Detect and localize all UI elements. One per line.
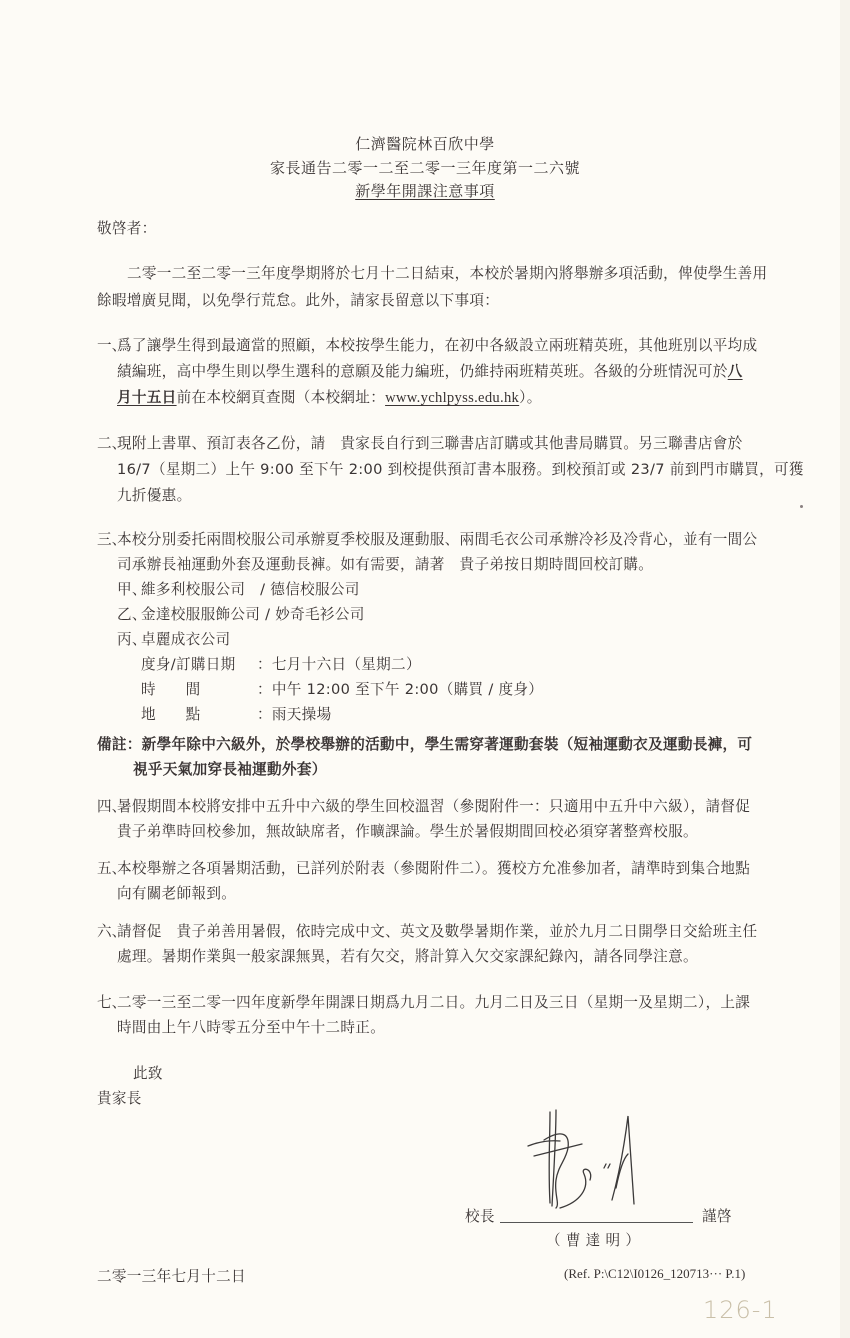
title-text: 新學年開課注意事項 bbox=[355, 182, 495, 200]
supplier-a: 甲、維多利校服公司 / 德信校服公司 bbox=[117, 578, 360, 599]
notice-page: 仁濟醫院林百欣中學 家長通告二零一二至二零一三年度第一二六號 新學年開課注意事項… bbox=[0, 0, 850, 1338]
principal-signature-icon bbox=[520, 1108, 660, 1218]
scan-mark bbox=[800, 505, 803, 508]
item-5-line-2: 向有關老師報到。 bbox=[117, 882, 236, 903]
schedule-date: 度身/訂購日期：七月十六日（星期二） bbox=[141, 653, 421, 674]
closing-recipient: 貴家長 bbox=[97, 1087, 142, 1108]
item-6-line-1: 請督促 貴子弟善用暑假，依時完成中文、英文及數學暑期作業，並於九月二日開學日交給… bbox=[117, 920, 757, 941]
schedule-date-value: ：七月十六日（星期二） bbox=[257, 656, 421, 673]
notice-date: 二零一三年七月十二日 bbox=[97, 1265, 246, 1286]
item-3-line-1: 本校分別委托兩間校服公司承辦夏季校服及運動服、兩間毛衣公司承辦冷衫及冷背心，並有… bbox=[117, 528, 757, 549]
schedule-time: 時 間：中午 12:00 至下午 2:00（購買 / 度身） bbox=[141, 678, 543, 699]
principal-name: （ 曹 達 明 ） bbox=[546, 1229, 640, 1250]
supplier-b-label: 乙、 bbox=[117, 603, 141, 624]
item-6-line-2: 處理。暑期作業與一般家課無異，若有欠交，將計算入欠交家課紀錄內，請各同學注意。 bbox=[117, 945, 698, 966]
supplier-c-name: 卓麗成衣公司 bbox=[141, 631, 230, 648]
schedule-date-label: 度身/訂購日期 bbox=[141, 653, 257, 674]
item-1-line-3: 月十五日前在本校網頁查閱（本校網址：www.ychlpyss.edu.hk）。 bbox=[117, 386, 542, 407]
closing-regards: 此致 bbox=[133, 1062, 163, 1083]
item-2-line-2: 16/7（星期二）上午 9:00 至下午 2:00 到校提供預訂書本服務。到校預… bbox=[117, 458, 804, 479]
item-7-line-1: 二零一三至二零一四年度新學年開課日期爲九月二日。九月二日及三日（星期一及星期二）… bbox=[117, 991, 750, 1012]
item-3-line-2: 司承辦長袖運動外套及運動長褲。如有需要，請著 貴子弟按日期時間回校訂購。 bbox=[117, 553, 653, 574]
item-1-line-3-text: 前在本校網頁查閱（本校網址： bbox=[177, 389, 386, 406]
item-4-line-2: 貴子弟準時回校參加，無故缺席者，作曠課論。學生於暑假期間回校必須穿著整齊校服。 bbox=[117, 820, 698, 841]
deadline-date-part-a: 八 bbox=[728, 363, 743, 380]
signature-sign-off: 謹啓 bbox=[702, 1205, 732, 1226]
item-2-line-1: 現附上書單、預訂表各乙份，請 貴家長自行到三聯書店訂購或其他書局購買。另三聯書店… bbox=[117, 432, 743, 453]
schedule-location: 地 點：雨天操場 bbox=[141, 703, 331, 724]
schedule-location-value: ：雨天操場 bbox=[257, 706, 331, 723]
item-5-line-1: 本校舉辦之各項暑期活動，已詳列於附表（參閱附件二）。獲校方允准參加者，請準時到集… bbox=[117, 857, 750, 878]
signature-line bbox=[500, 1222, 693, 1223]
item-4-line-1: 暑假期間本校將安排中五升中六級的學生回校溫習（參閱附件一：只適用中五升中六級），… bbox=[117, 795, 750, 816]
item-1-line-2-text: 績編班，高中學生則以學生選科的意願及能力編班，仍維持兩班精英班。各級的分班情況可… bbox=[117, 363, 728, 380]
item-2-line-3: 九折優惠。 bbox=[117, 484, 191, 505]
schedule-time-value: ：中午 12:00 至下午 2:00（購買 / 度身） bbox=[257, 681, 543, 698]
remark-line-2: 視乎天氣加穿長袖運動外套） bbox=[133, 758, 327, 779]
handwritten-page-number: 126-1 bbox=[703, 1296, 778, 1324]
page-title: 新學年開課注意事項 bbox=[0, 180, 850, 201]
supplier-a-label: 甲、 bbox=[117, 578, 141, 599]
school-name: 仁濟醫院林百欣中學 bbox=[0, 133, 850, 154]
intro-line-2: 餘暇增廣見聞，以免學行荒怠。此外，請家長留意以下事項： bbox=[97, 289, 499, 310]
supplier-b-name: 金達校服服飾公司 / 妙奇毛衫公司 bbox=[141, 606, 365, 623]
salutation: 敬啓者： bbox=[97, 217, 157, 238]
supplier-c: 丙、卓麗成衣公司 bbox=[117, 628, 230, 649]
supplier-a-name: 維多利校服公司 / 德信校服公司 bbox=[141, 581, 360, 598]
item-1-line-1: 爲了讓學生得到最適當的照顧，本校按學生能力，在初中各級設立兩班精英班，其他班別以… bbox=[117, 334, 757, 355]
intro-line-1: 二零一二至二零一三年度學期將於七月十二日結束，本校於暑期內將舉辦多項活動，俾使學… bbox=[127, 262, 767, 283]
signature-title: 校長 bbox=[465, 1205, 495, 1226]
item-7-line-2: 時間由上午八時零五分至中午十二時正。 bbox=[117, 1016, 385, 1037]
reference-code: (Ref. P:\C12\I0126_120713··· P.1) bbox=[564, 1266, 745, 1282]
supplier-b: 乙、金達校服服飾公司 / 妙奇毛衫公司 bbox=[117, 603, 365, 624]
schedule-location-label: 地 點 bbox=[141, 703, 257, 724]
remark-line-1: 備註：新學年除中六級外，於學校舉辦的活動中，學生需穿著運動套裝（短袖運動衣及運動… bbox=[97, 733, 752, 754]
supplier-c-label: 丙、 bbox=[117, 628, 141, 649]
notice-number: 家長通告二零一二至二零一三年度第一二六號 bbox=[0, 157, 850, 178]
schedule-time-label: 時 間 bbox=[141, 678, 257, 699]
item-1-line-3-end: ）。 bbox=[519, 389, 542, 406]
deadline-date-part-b: 月十五日 bbox=[117, 389, 177, 406]
item-1-line-2: 績編班，高中學生則以學生選科的意願及能力編班，仍維持兩班精英班。各級的分班情況可… bbox=[117, 360, 743, 381]
school-website-link[interactable]: www.ychlpyss.edu.hk bbox=[385, 390, 519, 406]
